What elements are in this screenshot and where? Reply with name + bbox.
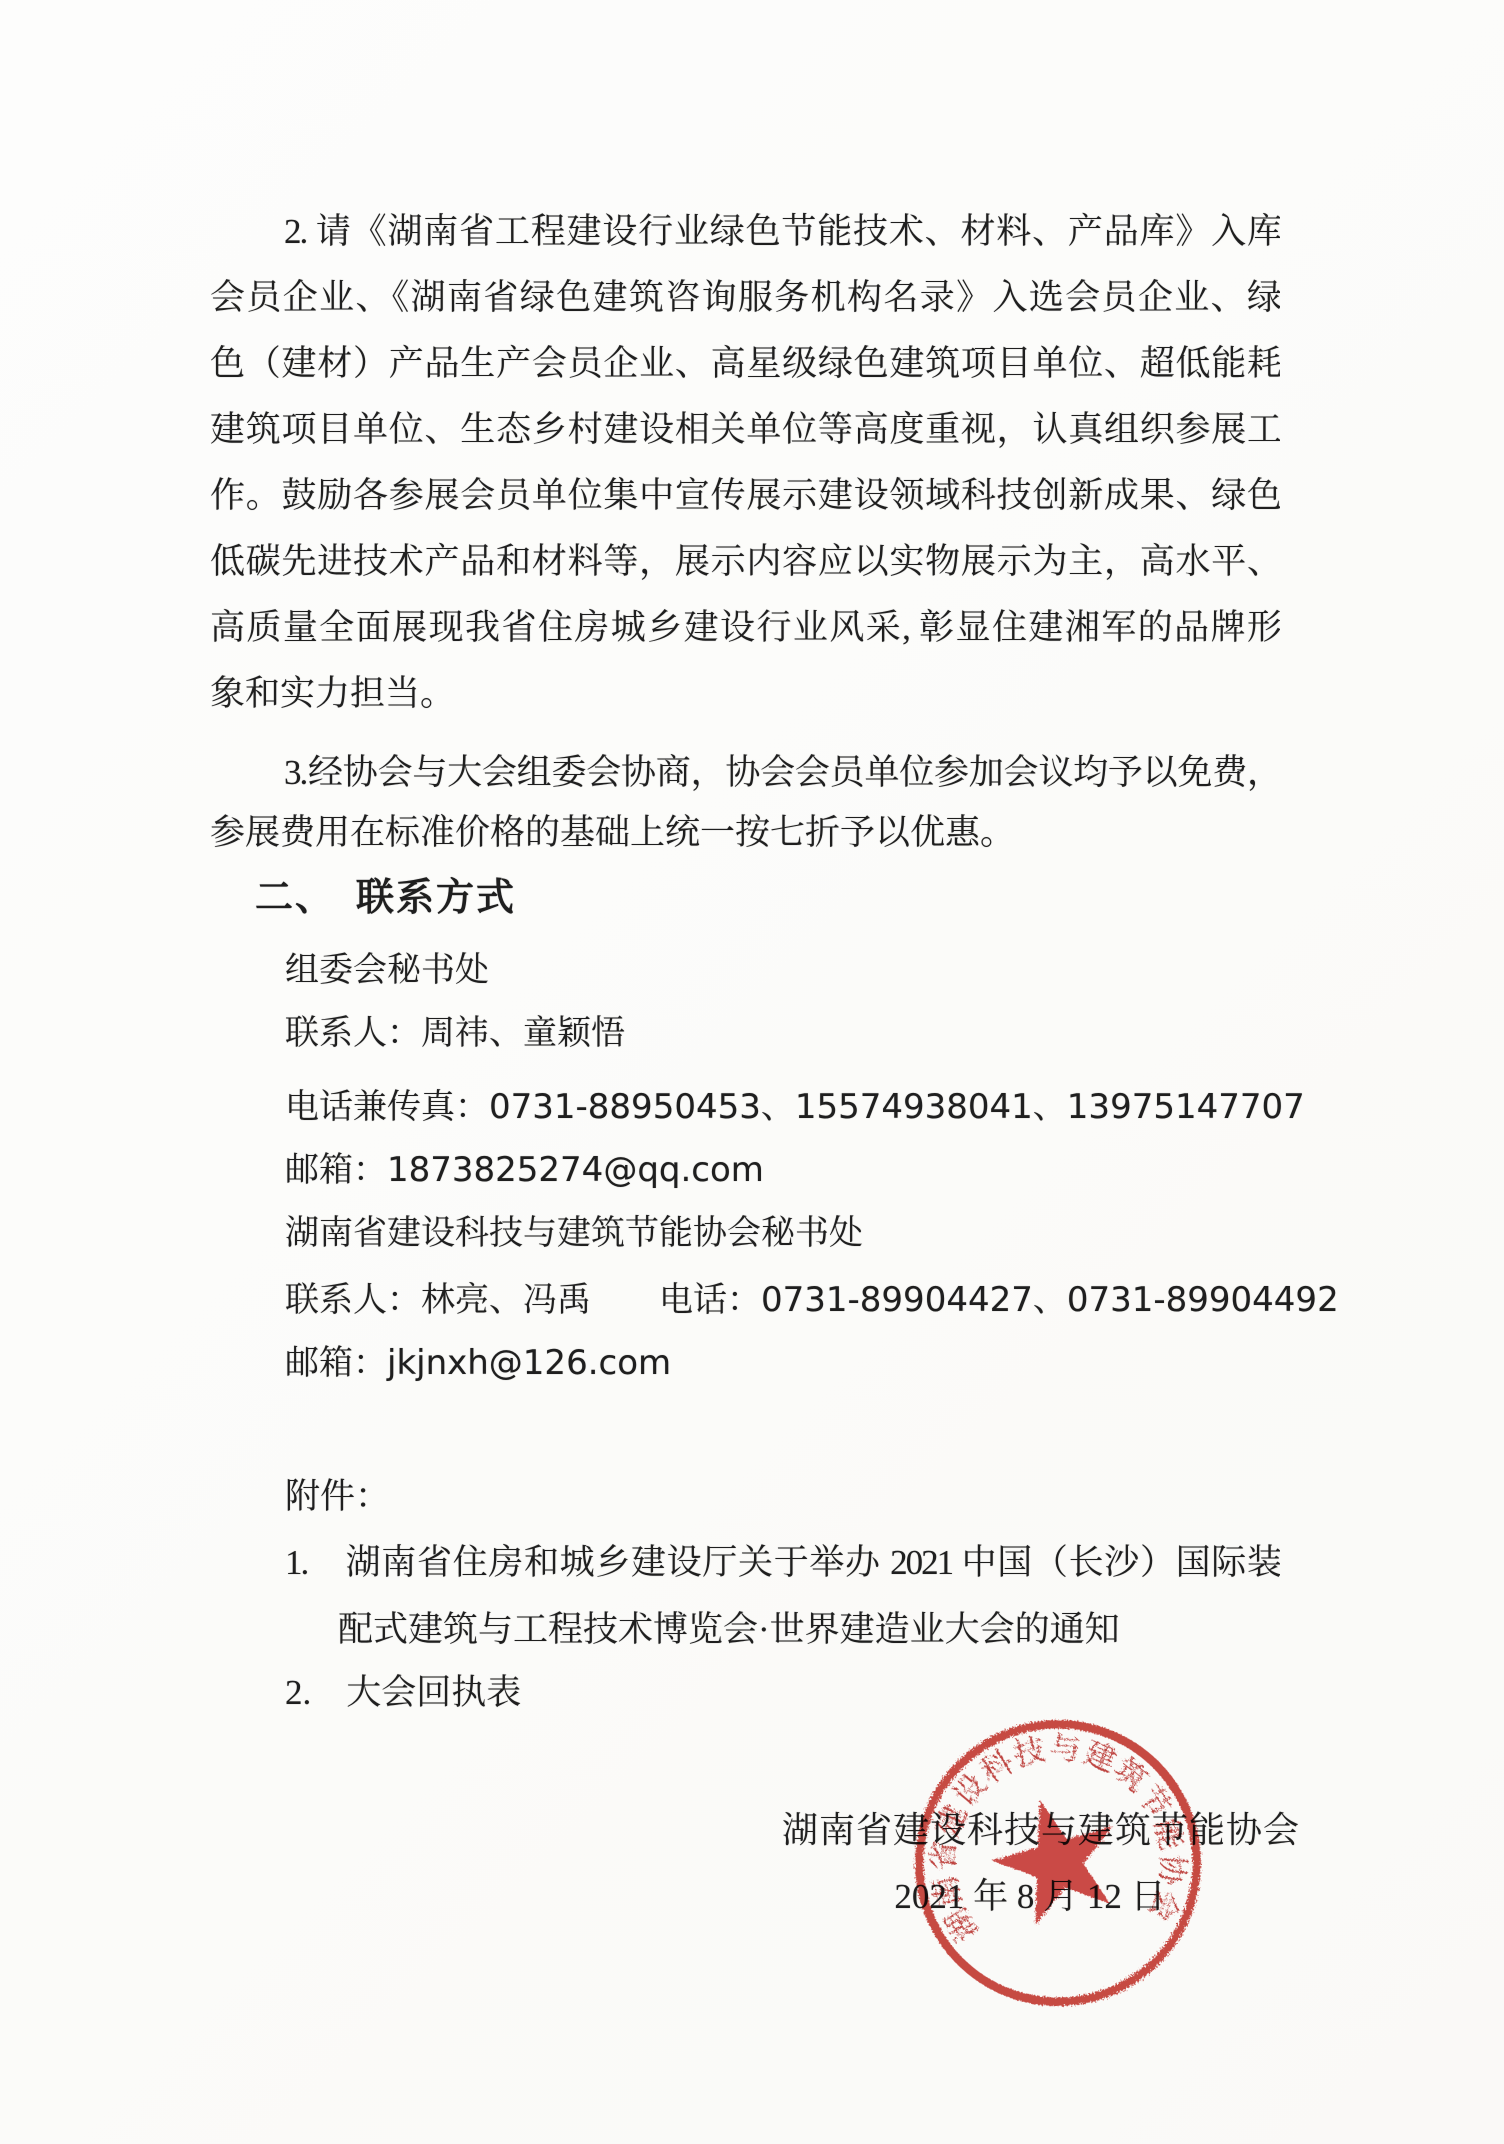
section-heading: 二、 联系方式 bbox=[255, 864, 516, 930]
body-line: 色（建材）产品生产会员企业、高星级绿色建筑项目单位、超低能耗 bbox=[210, 331, 1280, 397]
official-seal: 湖南省建设科技与建筑节能协会 bbox=[892, 1697, 1224, 2029]
contact-line: 湖南省建设科技与建筑节能协会秘书处 bbox=[285, 1200, 863, 1266]
contact-line: 邮箱：1873825274@qq.com bbox=[285, 1137, 764, 1203]
contact-line: 联系人：周祎、童颖悟 bbox=[285, 1000, 625, 1066]
contact-line: 邮箱：jkjnxh@126.com bbox=[285, 1330, 671, 1396]
body-line: 3.经协会与大会组委会协商，协会会员单位参加会议均予以免费， bbox=[210, 740, 1280, 806]
document-page: 2. 请《湖南省工程建设行业绿色节能技术、材料、产品库》入库会员企业、《湖南省绿… bbox=[0, 0, 1504, 2144]
attachment-item: 配式建筑与工程技术博览会·世界建造业大会的通知 bbox=[338, 1597, 1120, 1663]
contact-line: 电话兼传真：0731-88950453、15574938041、13975147… bbox=[285, 1074, 1305, 1140]
contact-line: 组委会秘书处 bbox=[285, 937, 489, 1003]
body-line: 低碳先进技术产品和材料等，展示内容应以实物展示为主，高水平、 bbox=[210, 529, 1280, 595]
seal-star bbox=[979, 1782, 1133, 1932]
body-line: 建筑项目单位、生态乡村建设相关单位等高度重视，认真组织参展工 bbox=[210, 397, 1280, 463]
body-line: 会员企业、《湖南省绿色建筑咨询服务机构名录》入选会员企业、绿 bbox=[210, 265, 1280, 331]
contact-line: 联系人：林亮、冯禹 电话：0731-89904427、0731-89904492 bbox=[285, 1267, 1339, 1333]
attachment-item: 2. 大会回执表 bbox=[285, 1660, 521, 1726]
body-line: 象和实力担当。 bbox=[210, 661, 1280, 727]
attachments-label: 附件： bbox=[285, 1464, 390, 1530]
body-line: 作。鼓励各参展会员单位集中宣传展示建设领域科技创新成果、绿色 bbox=[210, 463, 1280, 529]
attachment-item: 1. 湖南省住房和城乡建设厅关于举办 2021 中国（长沙）国际装 bbox=[285, 1530, 1280, 1596]
body-line: 参展费用在标准价格的基础上统一按七折予以优惠。 bbox=[210, 800, 1280, 866]
body-line: 2. 请《湖南省工程建设行业绿色节能技术、材料、产品库》入库 bbox=[210, 199, 1280, 265]
body-line: 高质量全面展现我省住房城乡建设行业风采, 彰显住建湘军的品牌形 bbox=[210, 595, 1280, 661]
